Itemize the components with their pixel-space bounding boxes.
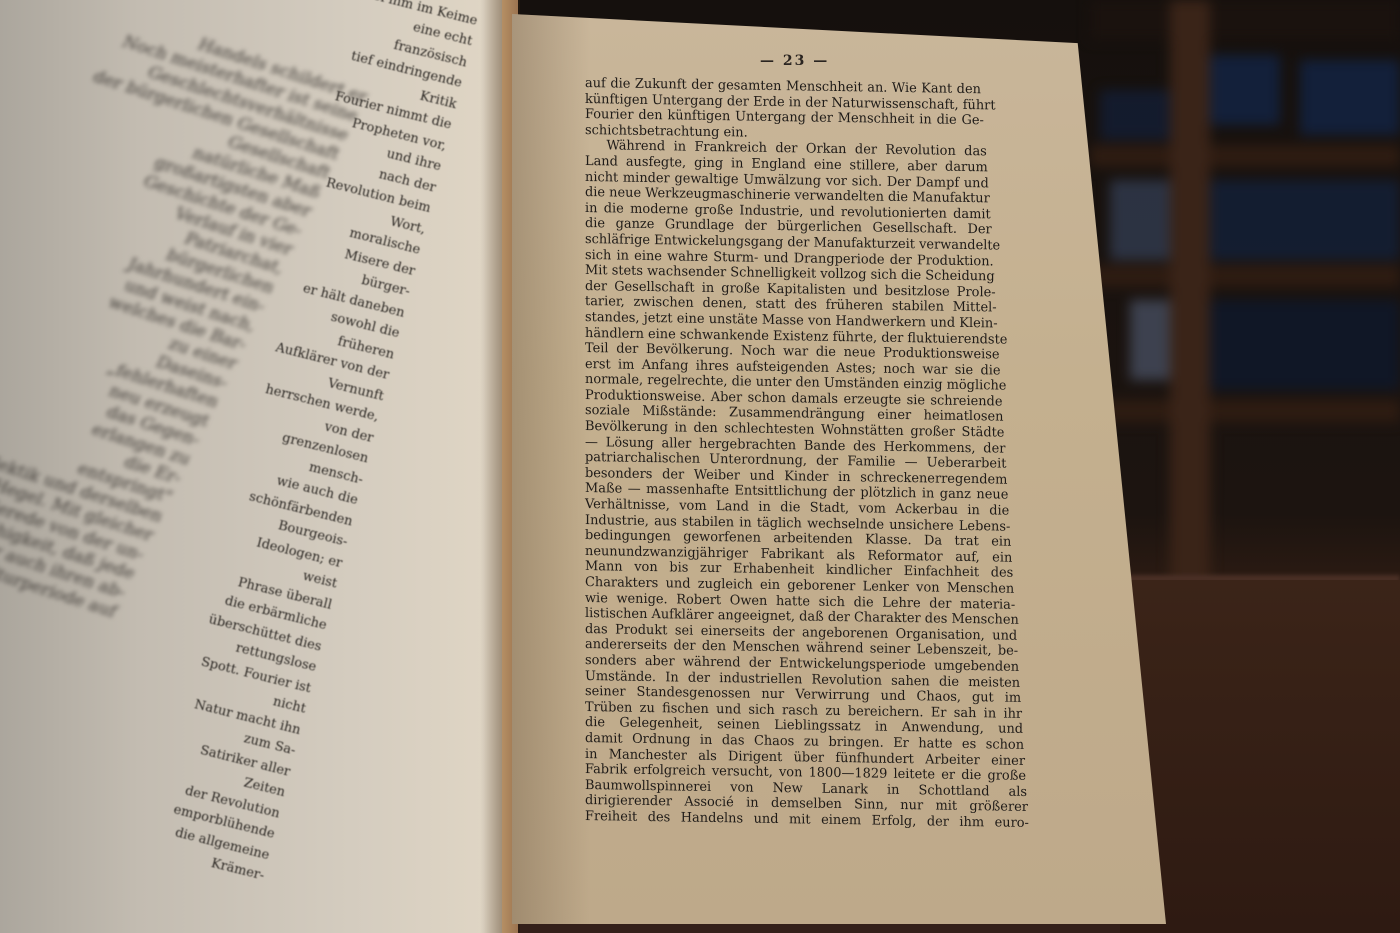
- book-spine: [1300, 60, 1400, 135]
- book-spine: [1200, 300, 1400, 390]
- book-photo-scene: bei ihm im Keime eine echt französisch t…: [0, 0, 1400, 933]
- book-spine: [1200, 180, 1400, 260]
- book-spine: [1200, 55, 1280, 125]
- book-spine: [1110, 180, 1170, 260]
- shelf-board: [1090, 0, 1400, 40]
- page-number: — 23 —: [760, 53, 829, 69]
- shelf-board: [1090, 265, 1400, 287]
- shelf-board: [1090, 145, 1400, 167]
- right-page-body-text: auf die Zukunft der gesamten Menschheit …: [585, 76, 1006, 831]
- background-bookshelf: [1090, 0, 1400, 600]
- book-spine: [1100, 90, 1180, 140]
- shelf-board: [1090, 400, 1400, 422]
- shelf-post: [1170, 0, 1210, 600]
- left-page: bei ihm im Keime eine echt französisch t…: [0, 0, 510, 933]
- wooden-table: [1120, 580, 1400, 933]
